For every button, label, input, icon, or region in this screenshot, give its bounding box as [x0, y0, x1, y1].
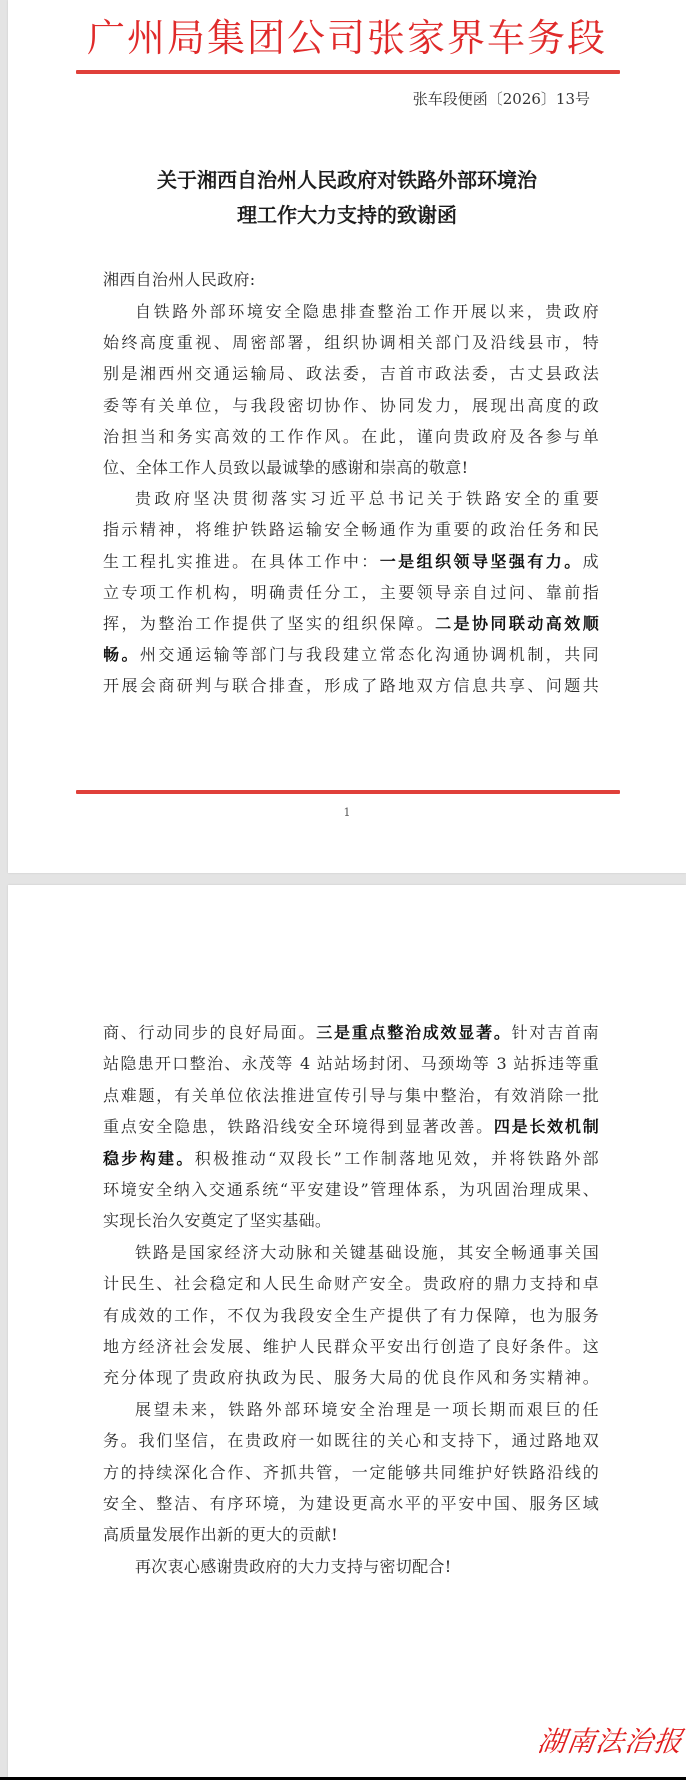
body-text-line: 始终高度重视、周密部署，组织协调相关部门及沿线县市，特 — [103, 332, 599, 354]
letterhead-red-rule — [76, 70, 620, 74]
body-text-line: 有成效的工作，不仅为我段安全生产提供了有力保障，也为服务 — [103, 1305, 599, 1327]
bold-emphasis-text: 二是协同联动高效顺 — [435, 614, 599, 633]
body-text-line: 商、行动同步的良好局面。三是重点整治成效显著。针对吉首南 — [103, 1022, 599, 1044]
body-text-line: 开展会商研判与联合排查，形成了路地双方信息共享、问题共 — [103, 675, 599, 697]
document-page-1: 广州局集团公司张家界车务段 张车段便函〔2026〕13号 关于湘西自治州人民政府… — [8, 0, 686, 873]
body-text-line: 实现长治久安奠定了坚实基础。 — [103, 1210, 599, 1232]
body-text-line: 环境安全纳入交通系统“平安建设”管理体系，为巩固治理成果、 — [103, 1179, 599, 1201]
body-text-line: 重点安全隐患，铁路沿线安全环境得到显著改善。四是长效机制 — [103, 1116, 599, 1138]
body-text-line: 站隐患开口整治、永茂等 4 站站场封闭、马颈坳等 3 站拆违等重 — [103, 1053, 599, 1075]
body-text-line: 计民生、社会稳定和人民生命财产安全。贵政府的鼎力支持和卓 — [103, 1273, 599, 1295]
body-text: 州交通运输等部门与我段建立常态化沟通协调机制，共同 — [140, 645, 599, 664]
body-text-line: 畅。州交通运输等部门与我段建立常态化沟通协调机制，共同 — [103, 644, 599, 666]
body-text: 重点安全隐患，铁路沿线安全环境得到显著改善。 — [103, 1117, 494, 1136]
body-text-line: 稳步构建。积极推动“双段长”工作制落地见效，并将铁路外部 — [103, 1148, 599, 1170]
body-text: 积极推动“双段长”工作制落地见效，并将铁路外部 — [195, 1149, 599, 1168]
org-letterhead-title: 广州局集团公司张家界车务段 — [8, 14, 686, 62]
bold-emphasis-text: 畅。 — [103, 645, 140, 664]
body-text-line: 贵政府坚决贯彻落实习近平总书记关于铁路安全的重要 — [135, 488, 599, 510]
body-text-line: 挥，为整治工作提供了坚实的组织保障。二是协同联动高效顺 — [103, 613, 599, 635]
body-text-line: 立专项工作机构，明确责任分工，主要领导亲自过问、靠前指 — [103, 582, 599, 604]
bold-emphasis-text: 一是组织领导坚强有力。 — [380, 552, 583, 571]
bold-emphasis-text: 稳步构建。 — [103, 1149, 195, 1168]
body-text-line: 别是湘西州交通运输局、政法委，吉首市政法委，古丈县政法 — [103, 363, 599, 385]
body-text: 生工程扎实推进。在具体工作中： — [103, 552, 380, 571]
body-text-line: 铁路是国家经济大动脉和关键基础设施，其安全畅通事关国 — [135, 1242, 599, 1264]
body-text-line: 方的持续深化合作、齐抓共管，一定能够共同维护好铁路沿线的 — [103, 1462, 599, 1484]
body-text-line: 务。我们坚信，在贵政府一如既往的关心和支持下，通过路地双 — [103, 1430, 599, 1452]
watermark-logo: 湖南法治报 — [535, 1720, 686, 1760]
salutation: 湘西自治州人民政府: — [103, 269, 599, 291]
body-text-line: 安全、整洁、有序环境，为建设更高水平的平安中国、服务区域 — [103, 1493, 599, 1515]
body-text-line: 地方经济社会发展、维护人民群众平安出行创造了良好条件。这 — [103, 1336, 599, 1358]
body-text-line: 指示精神，将维护铁路运输安全畅通作为重要的政治任务和民 — [103, 519, 599, 541]
body-text-line: 充分体现了贵政府执政为民、服务大局的优良作风和务实精神。 — [103, 1367, 599, 1389]
body-text: 成 — [583, 552, 599, 571]
body-text-line: 再次衷心感谢贵政府的大力支持与密切配合! — [135, 1556, 599, 1578]
body-text-line: 委等有关单位，与我段密切协作、协同发力，展现出高度的政 — [103, 395, 599, 417]
footer-red-rule — [76, 790, 620, 794]
page-number: 1 — [8, 806, 686, 819]
body-text: 商、行动同步的良好局面。 — [103, 1023, 316, 1042]
body-text-line: 高质量发展作出新的更大的贡献! — [103, 1524, 599, 1546]
body-text: 挥，为整治工作提供了坚实的组织保障。 — [103, 614, 435, 633]
document-number: 张车段便函〔2026〕13号 — [413, 88, 590, 109]
body-text-line: 位、全体工作人员致以最诚挚的感谢和崇高的敬意! — [103, 457, 599, 479]
body-text-line: 展望未来，铁路外部环境安全治理是一项长期而艰巨的任 — [135, 1399, 599, 1421]
document-page-2: 商、行动同步的良好局面。三是重点整治成效显著。针对吉首南站隐患开口整治、永茂等 … — [8, 885, 686, 1777]
subject-line-2: 理工作大力支持的致谢函 — [8, 198, 686, 232]
bold-emphasis-text: 四是长效机制 — [494, 1117, 599, 1136]
subject-line-1: 关于湘西自治州人民政府对铁路外部环境治 — [8, 163, 686, 197]
body-text-line: 点难题，有关单位依法推进宣传引导与集中整治，有效消除一批 — [103, 1085, 599, 1107]
body-text-line: 治担当和务实高效的工作作风。在此，谨向贵政府及各参与单 — [103, 426, 599, 448]
body-text-line: 自铁路外部环境安全隐患排查整治工作开展以来，贵政府 — [135, 301, 599, 323]
body-text-line: 生工程扎实推进。在具体工作中：一是组织领导坚强有力。成 — [103, 551, 599, 573]
body-text: 针对吉首南 — [512, 1023, 599, 1042]
bold-emphasis-text: 三是重点整治成效显著。 — [316, 1023, 511, 1042]
